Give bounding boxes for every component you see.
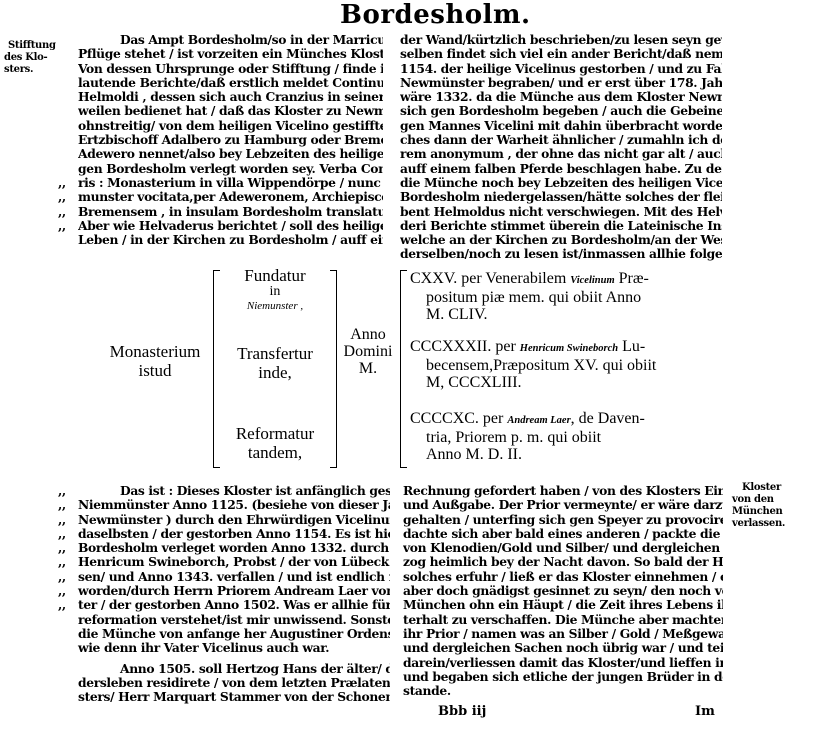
text-line: Pflüge stehet / ist vorzeiten ein Münche… (78, 47, 383, 61)
text-line: der Wand/kürtzlich beschrieben/zu lesen … (400, 33, 722, 47)
anno-line: M. (336, 360, 400, 377)
text-line: Das Ampt Bordesholm/so in der Marricul a… (78, 33, 383, 47)
verb-reformed: Reformatur tandem, (220, 424, 330, 462)
margin-note-line: von den (732, 494, 817, 506)
verb-main: Fundatur (220, 266, 330, 285)
anno-line: Domini (336, 343, 400, 360)
quote-mark: ,, (58, 205, 78, 219)
verb-sub: tandem, (220, 443, 330, 462)
text-line: ohnstreitig/ von dem heiligen Vicelino g… (78, 119, 383, 133)
quote-mark: ,, (58, 176, 78, 190)
roman-numeral: CCCCXC. (410, 410, 479, 427)
text-line: Helmoldi , dessen sich auch Cranzius in … (78, 90, 383, 104)
anno-line: Anno (336, 326, 400, 343)
text-line: stande. (403, 684, 723, 698)
text-line: reformation verstehet/ist mir unwissend.… (58, 613, 390, 627)
verb-main: Reformatur (220, 424, 330, 443)
inscription-entry: CXXV. per Venerabilem Vicelinum Præ- pos… (410, 270, 730, 323)
text-line: worden/durch Herrn Priorem Andream Laer … (58, 584, 390, 598)
text-line: München ohn ein Häupt / die Zeit ihres L… (403, 598, 723, 612)
text-line: weilen bedienet hat / daß das Kloster zu… (78, 104, 383, 118)
column-divider (394, 478, 395, 718)
bottom-right-column: Rechnung gefordert haben / von des Klost… (403, 484, 723, 698)
margin-note-foundation: Stifftung des Klo- sters. (4, 40, 74, 76)
text-line: selben findet sich viel ein ander Berich… (400, 47, 722, 61)
entry-date: M, CCCXLIII. (410, 374, 730, 391)
text-line: daselbsten / der gestorben Anno 1154. Es… (58, 527, 390, 541)
text-line: terhalt zu verschaffen. Die Münche aber … (403, 613, 723, 627)
text-line: Das ist : Dieses Kloster ist anfänglich … (58, 484, 390, 498)
text-line: wie denn ihr Vater Vicelinus auch war. (58, 641, 390, 655)
text-line: derselben/noch zu lesen ist/inmassen all… (400, 247, 722, 261)
top-left-column: Das Ampt Bordesholm/so in der Marricul a… (78, 33, 383, 247)
margin-note-line: des Klo- (4, 52, 74, 64)
text-line: auff einem falben Pferde beschlagen habe… (400, 162, 722, 176)
text-line: und Außgabe. Der Prior vermeynte/ er wär… (403, 498, 723, 512)
text-line: ris : Monasterium in villa Wippendörpe /… (78, 176, 383, 190)
text-line: rem anonymum , der ohne das nicht gar al… (400, 147, 722, 161)
inscription-subject: Monasterium istud (100, 342, 210, 380)
text-line: und dergleichen Sachen noch übrig war / … (403, 641, 723, 655)
quote-mark: ,, (58, 219, 78, 233)
text-line: gen Mannes Vicelini mit dahin überbracht… (400, 119, 722, 133)
text-line: 1154. der heilige Vicelinus gestorben / … (400, 62, 722, 76)
person-name: Vicelinum (570, 275, 614, 286)
verb-place: Niemunster , (220, 299, 330, 313)
text-line: ter / der gestorben Anno 1502. Was er al… (58, 598, 390, 612)
latin-inscription: Monasterium istud Fundatur in Niemunster… (80, 262, 720, 472)
text-line: Bordesholm verleget worden Anno 1332. du… (58, 541, 390, 555)
text-line: Leben / in der Kirchen zu Bordesholm / a… (78, 233, 383, 247)
text-line: wäre 1332. da die Münche aus dem Kloster… (400, 90, 722, 104)
text-line: Ertzbischoff Adalbero zu Hamburg oder Br… (78, 133, 383, 147)
margin-note-line: Stifftung (4, 40, 74, 52)
inscription-entry: CCCXXXII. per Henricum Swineborch Lu- be… (410, 338, 730, 391)
text-line: ches dann der Warheit ähnlicher / zumahl… (400, 133, 722, 147)
text-line: gen Bordesholm verlegt worden sey. Verba… (78, 162, 383, 176)
text-line: aber doch gnädigst gesinnet zu seyn/ den… (403, 584, 723, 598)
quote-mark: ,, (58, 190, 78, 204)
text-line: deri Berichte stimmet überein die Latein… (400, 219, 722, 233)
top-right-column: der Wand/kürtzlich beschrieben/zu lesen … (400, 33, 722, 262)
text-line: welche an der Kirchen zu Bordesholm/an d… (400, 233, 722, 247)
text-line: Henricum Swineborch, Probst / der von Lü… (58, 555, 390, 569)
subject-line: Monasterium (100, 342, 210, 361)
text-line: Rechnung gefordert haben / von des Klost… (403, 484, 723, 498)
entry-date: Anno M. D. II. (410, 446, 730, 463)
verb-founded: Fundatur in Niemunster , (220, 266, 330, 313)
text-line: Von dessen Uhrsprunge oder Stifftung / f… (78, 62, 383, 76)
anno-domini: Anno Domini M. (336, 326, 400, 377)
text-line: munster vocitata,per Adeweronem, Archiep… (78, 190, 383, 204)
subject-line: istud (100, 361, 210, 380)
printer-signature: Bbb iij (438, 704, 486, 719)
entry-text: per (483, 410, 503, 427)
margin-note-line: sters. (4, 64, 74, 76)
text-line: Niemmünster Anno 1125. (besiehe von dies… (58, 498, 390, 512)
text-line: sters/ Herr Marquart Stammer von der Sch… (58, 690, 390, 704)
entry-text: becensem,Præpositum XV. qui obiit (410, 357, 730, 374)
text-line: solches erfuhr / ließ er das Kloster ein… (403, 570, 723, 584)
text-line: Bremensem , in insulam Bordesholm transl… (78, 205, 383, 219)
entry-text: per Venerabilem (461, 270, 566, 287)
left-brace (213, 270, 220, 468)
margin-note-line: verlassen. (732, 518, 817, 530)
text-line: lautende Berichte/daß erstlich meldet Co… (78, 76, 383, 90)
text-line: dachte sich aber bald eines anderen / pa… (403, 527, 723, 541)
roman-numeral: CCCXXXII. (410, 338, 491, 355)
text-line: von Klenodien/Gold und Silber/ und dergl… (403, 541, 723, 555)
entry-date: M. CLIV. (410, 306, 730, 323)
entry-text: , de Daven- (571, 410, 645, 427)
entry-text: tria, Priorem p. m. qui obiit (410, 429, 730, 446)
text-line: dersleben residirete / von dem letzten P… (58, 676, 390, 690)
text-line: Newmünster ) durch den Ehrwürdigen Vicel… (58, 513, 390, 527)
entry-text: positum piæ mem. qui obiit Anno (410, 289, 730, 306)
text-line: die Münche noch bey Lebzeiten des heilig… (400, 176, 722, 190)
text-line: bent Helmoldus nicht verschwiegen. Mit d… (400, 205, 722, 219)
text-line: die Münche von anfange her Augustiner Or… (58, 627, 390, 641)
quote-marks: ,, ,, ,, ,, (58, 176, 78, 233)
text-line: ihr Prior / namen was an Silber / Gold /… (403, 627, 723, 641)
margin-note-line: Kloster (732, 482, 817, 494)
text-line: Anno 1505. soll Hertzog Hans der älter/ … (58, 662, 390, 676)
person-name: Henricum Swineborch (520, 343, 618, 354)
text-line: Newmünster begraben/ und er erst über 17… (400, 76, 722, 90)
text-line: sen/ und Anno 1343. verfallen / und ist … (58, 570, 390, 584)
text-line: gehalten / unterfing sich gen Speyer zu … (403, 513, 723, 527)
text-line: und begaben sich etliche der jungen Brüd… (403, 670, 723, 684)
inscription-entry: CCCCXC. per Andream Laer, de Daven- tria… (410, 410, 730, 463)
text-line: Bordesholm niedergelassen/hätte solches … (400, 190, 722, 204)
entry-text: per (495, 338, 515, 355)
left-brace-dates (400, 270, 407, 468)
text-line: darein/verliessen damit das Kloster/und … (403, 656, 723, 670)
margin-note-line: München (732, 506, 817, 518)
catchword: Im (695, 704, 715, 719)
entry-text: Præ- (619, 270, 649, 287)
text-line: Aber wie Helvaderus berichtet / soll des… (78, 219, 383, 233)
text-line: Adewero nennet/also bey Lebzeiten des he… (78, 147, 383, 161)
margin-note-abandoned: Kloster von den München verlassen. (732, 482, 817, 530)
roman-numeral: CXXV. (410, 270, 457, 287)
page-title: Bordesholm. (340, 0, 531, 30)
entry-text: Lu- (622, 338, 645, 355)
verb-sub: inde, (220, 363, 330, 382)
person-name: Andream Laer (507, 415, 570, 426)
text-line: sich gen Bordesholm begeben / auch die G… (400, 104, 722, 118)
verb-transferred: Transfertur inde, (220, 344, 330, 382)
bottom-left-column: Das ist : Dieses Kloster ist anfänglich … (58, 484, 390, 704)
verb-sub: in (220, 285, 330, 299)
text-line: zog heimlich bey der Nacht davon. So bal… (403, 555, 723, 569)
verb-main: Transfertur (220, 344, 330, 363)
